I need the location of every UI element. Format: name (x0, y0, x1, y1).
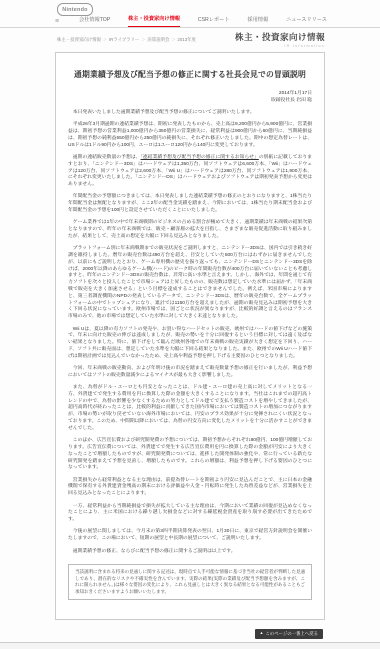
breadcrumb-separator: ＞ (141, 37, 145, 43)
page-header: 株主・投資家向け情報 IR Information (235, 31, 325, 48)
notice-link[interactable]: 「連結業績予想及び配当予想の修正に関するお知らせ」 (141, 155, 259, 160)
article-body: 本日発表いたしました通期業績予想及び配当予想の修正についてご説明いたします。平成… (68, 110, 312, 555)
article-paragraph: このほか、広告宣伝費および研究開発費の予想については、期初予想からそれぞれ80億… (68, 438, 312, 472)
global-nav: ≡ 会社情報TOP株主・投資家向け情報CSRレポート採用情報ニュースリリース (55, 15, 327, 27)
breadcrumb-separator: ＞ (171, 37, 175, 43)
page-title: 株主・投資家向け情報 (235, 31, 325, 43)
nav-item-1[interactable]: 会社情報TOP (79, 16, 110, 27)
article-author: 取締役社長 岩田 聡 (68, 97, 312, 104)
article-paragraph: Wii Uは、夏以降の有力ソフトの発売や、お買い得なハードセットの販売、欧州では… (68, 327, 312, 361)
article-paragraph: プラットフォーム別に年末商戦期までの販売状況をご説明しますと、ニンテンドー3DS… (68, 246, 312, 321)
article-date: 2014年1月17日 (68, 90, 312, 97)
article-paragraph: また、為替がドル・ユーロとも円安となったことは、ドル建・ユーロ建の売上高に対して… (68, 385, 312, 433)
article-paragraph: 本日発表いたしました通期業績予想及び配当予想の修正についてご説明いたします。 (68, 110, 312, 117)
nav-item-5[interactable]: ニュースリリース (286, 16, 327, 27)
article-paragraph: 年間配当金の予想額につきましては、本日発表しました連結業績予想の修正のとおりにな… (68, 194, 312, 214)
nav-item-4[interactable]: 採用情報 (247, 16, 268, 27)
breadcrumb-item-1[interactable]: 株主・投資家向け情報 (57, 37, 101, 43)
article-paragraph: ゲーム業界では1年の中で年末商戦期のビジネスの占める割合が極めて大きく、通期業績… (68, 220, 312, 240)
article-paragraph: 今回、年末商戦の販売動向、および年明け後の市況を踏まえて販売数量予想の修正を行い… (68, 366, 312, 380)
page-subtitle: IR Information (235, 44, 325, 48)
footer-band (0, 642, 380, 649)
back-to-top-label: このページの一番上へ戻る (265, 632, 318, 636)
back-to-top-button[interactable]: ▲ このページの一番上へ戻る (255, 629, 323, 639)
article-paragraph: 通期業績予想の修正、ならびに配当予想の修正に関するご説明は以上です。 (68, 549, 312, 556)
up-triangle-icon: ▲ (260, 632, 264, 636)
article-meta: 2014年1月17日 取締役社長 岩田 聡 (68, 90, 312, 104)
article-paragraph: 通期の連結販売数量の予想は、「連結業績予想及び配当予想の修正に関するお知らせ」の… (68, 155, 312, 189)
breadcrumb-separator: ＞ (103, 37, 107, 43)
nav-item-2[interactable]: 株主・投資家向け情報 (128, 15, 180, 28)
breadcrumb-item-2[interactable]: IRライブラリー (109, 37, 139, 43)
breadcrumb: 株主・投資家向け情報＞IRライブラリー＞決算説明会＞2013年度 (57, 37, 247, 43)
article-box: 通期業績予想及び配当予想の修正に関する社長会見での冒頭説明 2014年1月17日… (55, 52, 325, 620)
article-title: 通期業績予想及び配当予想の修正に関する社長会見での冒頭説明 (68, 69, 312, 80)
nav-item-3[interactable]: CSRレポート (198, 16, 230, 27)
forward-looking-disclaimer: 当該説明に含まれる将来の見通しに関する記述は、現時点で入手可能な情報に基づき当社… (68, 564, 312, 600)
breadcrumb-item-3[interactable]: 決算説明会 (147, 37, 169, 43)
article-paragraph: 今後の展望に関しましては、今月末の第3四半期決算発表の翌日、1月30日に、東京で… (68, 529, 312, 543)
article-paragraph: 平成26年3月期通期の連結業績予想は、期初に発表したものから、売上高は9,200… (68, 122, 312, 149)
article-paragraph: 営業損失から経常利益となる主な理由は、前提為替レートを期初より円安に見込んだこと… (68, 478, 312, 498)
menu-icon[interactable]: ≡ (55, 18, 59, 25)
article-paragraph: 一方、経常利益から当期純損益で損失が拡大している主な理由は、今期において業績の回… (68, 504, 312, 524)
nav-divider (0, 27, 380, 28)
breadcrumb-item-4: 2013年度 (177, 37, 196, 43)
